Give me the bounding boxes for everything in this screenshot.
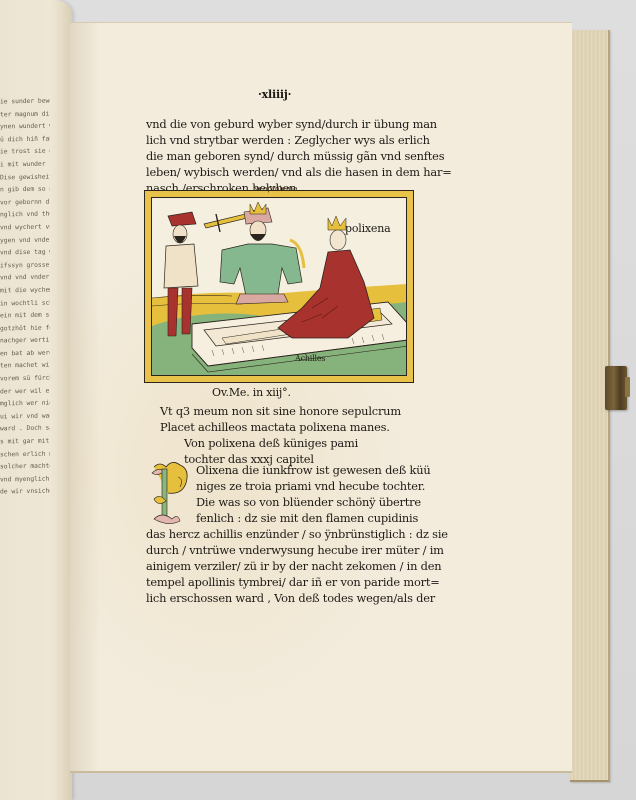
left-page-line: Dise gewisheit vnd gedich [0,171,50,184]
left-page-line: ifssyn grosse mut [0,259,50,272]
left-page-line: en bat ab werde rächt [0,347,50,360]
decorated-initial-p-icon [150,459,192,527]
left-page-line: de wir vnsicher wa [0,486,50,499]
left-page-line: vor gebornn dz grab [0,196,50,209]
left-page-line: ten machet wil lang [0,360,50,373]
top-paragraph: vnd die von geburd wyber synd/durch ir ü… [146,116,452,196]
label-polixena: polixena [345,222,390,235]
text-line: Die was so von blüender schönÿ übertre [196,494,431,510]
left-page-line: ynen wundert wie siechten [0,121,50,134]
text-line: die man geboren synd/ durch müssig gãn v… [146,148,452,164]
left-page-line: ward . Doch sagen [0,423,50,436]
left-page-line: ygen vnd vnder mochte [0,234,50,247]
book-clasp [605,366,627,410]
folio-number: ·xliiij· [258,88,291,101]
heading-line: Von polixena deß küniges pami [184,435,358,451]
left-page-line: vnd wychert vnd macht [0,222,50,235]
label-achilles: Achilles [295,354,325,363]
text-line: fenlich : dz sie mit den flamen cupidini… [196,510,431,526]
left-page-line: gotzhöt hie fechden [0,322,50,335]
left-page-line: n gib dem so nach [0,184,50,197]
left-page-text: ie sunder bewegen mochtëter magnum dicit… [0,96,50,500]
text-line: vnd die von geburd wyber synd/durch ir ü… [146,116,452,132]
latin-verses: Vt q3 meum non sit sine honore sepulcrum… [160,403,401,435]
left-page-line: mglich wer nieder da [0,398,50,411]
left-page-line: in wochtli schaden [0,297,50,310]
text-line: das hercz achillis enzünder / so ÿnbrüns… [146,526,448,542]
left-page-line: s mit gar mit konnd [0,436,50,449]
verse-line: Vt q3 meum non sit sine honore sepulcrum [160,403,401,419]
left-page-line: schen erlich man wer [0,448,50,461]
left-page-line: ie sunder bewegen mochtë [0,96,50,109]
left-page-line: vnd myenglich warr [0,473,50,486]
left-page-line: ter magnum dicit. vo er [0,108,50,121]
left-page-line: i mit wunder . Der was [0,159,50,172]
left-page-line: vorem sü fürchten fülleu [0,373,50,386]
page-fore-edge [570,30,610,782]
left-page-line: ie trost sie gert nach [0,146,50,159]
label-neoptolemo: Neoptolemo [253,185,298,193]
text-line: tempel apollinis tymbrei/ dar iñ er von … [146,574,448,590]
left-page-line: ein mit dem schwert dich [0,310,50,323]
left-page-line: solcher machten wol [0,461,50,474]
text-line: ainigem verziler/ zü ir by der nacht zek… [146,558,448,574]
body-text: das hercz achillis enzünder / so ÿnbrüns… [146,526,448,606]
left-page-line: der wer wil erfolgt [0,385,50,398]
text-line: leben/ wybisch werden/ vnd als die hasen… [146,164,452,180]
text-line: lich vnd strytbar werden : Zeglycher wys… [146,132,452,148]
left-page-line: vnd vnd vnder die [0,272,50,285]
left-page-line: ü dich hiñ fahrt ist der [0,133,50,146]
text-line: durch / vntrüwe vnderwysung hecube irer … [146,542,448,558]
source-reference: Ov.Me. in xiij°. [212,385,291,401]
text-line: Olixena die iunkfrow ist gewesen deß küü [196,462,431,478]
woodcut-illustration: polixena Achilles Neoptolemo [144,190,414,383]
body-text-indented: Olixena die iunkfrow ist gewesen deß küü… [196,462,431,526]
left-page-line: nglich vnd thut die [0,209,50,222]
left-page-line: vnd dise tag wer dich [0,247,50,260]
woodcut-scene: polixena Achilles [151,197,407,376]
verse-line: Placet achilleos mactata polixena manes. [160,419,401,435]
text-line: lich erschossen ward , Von deß todes weg… [146,590,448,606]
text-line: niges ze troia priami vnd hecube tochter… [196,478,431,494]
left-page-line: ui wir vnd wane hand [0,410,50,423]
left-page-line: mit die wychem das. [0,284,50,297]
clasp-pin [625,377,630,397]
left-facing-page: ie sunder bewegen mochtëter magnum dicit… [0,0,72,800]
left-page-line: nachger werti nygen [0,335,50,348]
